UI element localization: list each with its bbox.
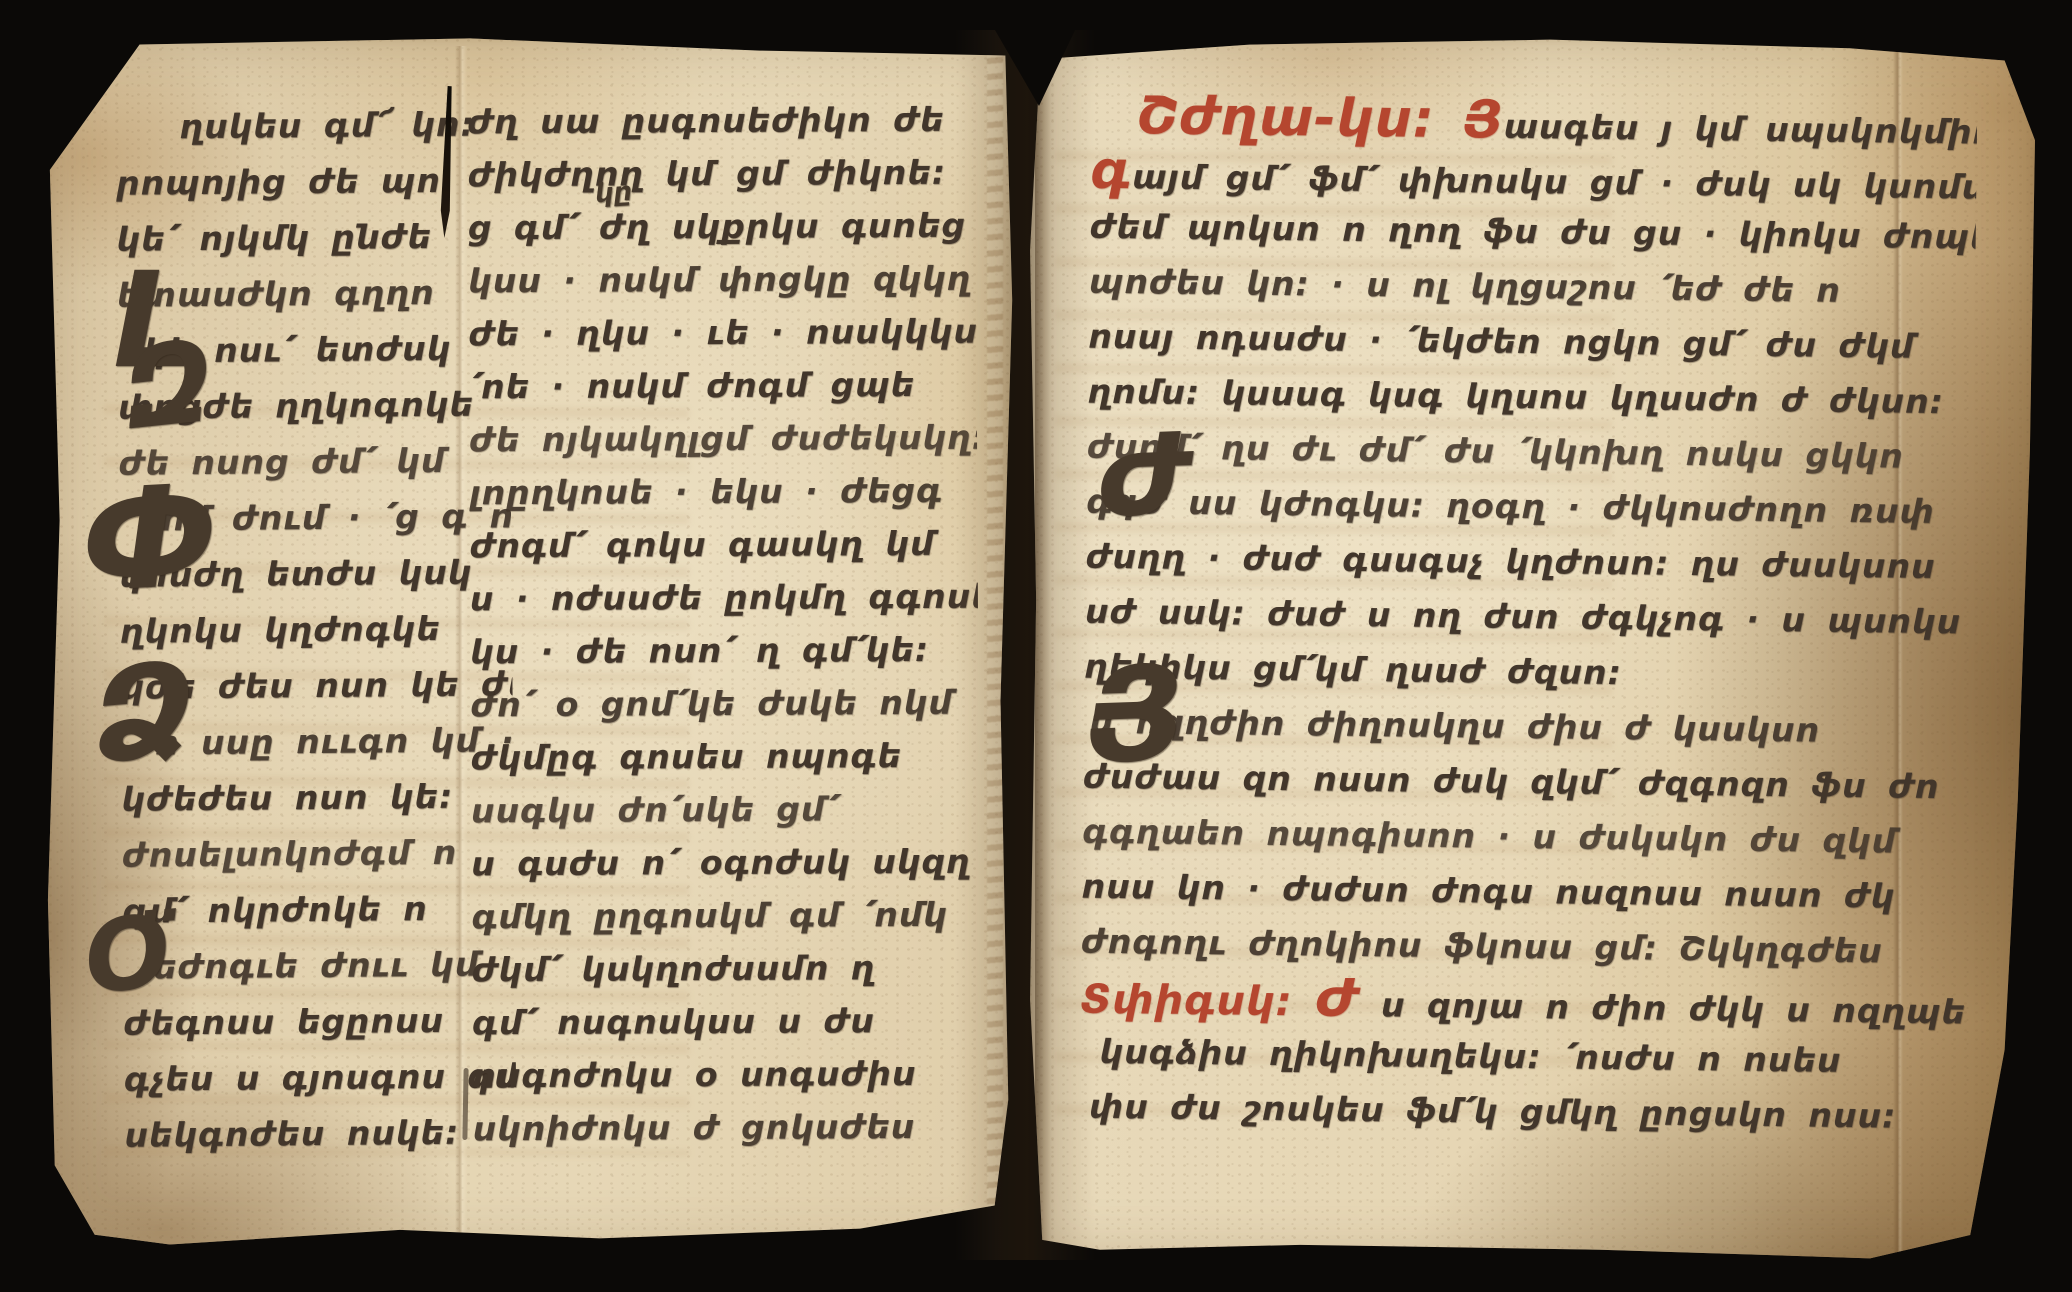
ink-text: ոսս կո · ժսժսո ժոգս ոսզոսս ոսսո ժկ: [1081, 867, 1895, 916]
ink-text: այմ ցմ՛ ֆմ՛ փխոսկս ցմ · ժսկ սկ կսոմս: [1132, 157, 1978, 206]
ink-text: ժե · ղկս · ւե · ոսսկկկսս։: [468, 311, 980, 353]
manuscript-text-line: ժոգմ՛ գոկս գասկղ կմ: [469, 517, 977, 573]
manuscript-text-line: գչես ս գյոսգոս գմ: [124, 1048, 516, 1107]
manuscript-text-line: ժիկժղող կմ ցմ ժիկոե։: [468, 146, 976, 202]
ink-text: գմ՛ ոկրժոկե ո: [122, 889, 428, 931]
manuscript-text-line: ոսգոժոկս օ սոգսժիս: [472, 1047, 980, 1103]
manuscript-text-line: սկոիժոկս ժ ցոկսժես: [473, 1100, 981, 1156]
ink-text: ասգես յ կմ սպսկոկմիո: [1503, 107, 1977, 152]
ink-text: ս զոյա ո ժիո ժկկ ս ոզղպես: [1359, 985, 1977, 1032]
ink-text: եժոգւե ժոււ կմ: [153, 945, 480, 987]
manuscript-text-line: ս ոզղժիո ժիղոսկղս ժիս ժ կսսկսո: [1083, 694, 1970, 760]
ink-text: ժո՛ օ ցոմ՛կե ժսկե ոկմ: [470, 683, 953, 725]
ink-text: լոըղկոսե · եկս · ժեցգ: [469, 471, 943, 512]
ink-text: ղոմս։ կսսսգ կսգ կղսոս կղսսժո ժ ժկսո։: [1087, 372, 1944, 421]
ink-text: ոսգոժոկս օ սոգսժիս: [472, 1054, 916, 1095]
manuscript-text-line: լոըղկոսե · եկս · ժեցգ: [469, 464, 977, 520]
manuscript-text-line: ս գսժս ո՛ օգոժսկ սկզղ: [471, 835, 979, 891]
illuminated-initial: Յ: [1083, 648, 1187, 781]
rubric-text: գ: [1090, 141, 1132, 202]
manuscript-text-line: ժո՛ օ ցոմ՛կե ժսկե ոկմ: [470, 676, 978, 732]
manuscript-text-line: ժկմըգ գոսես ոպոգե: [471, 729, 979, 785]
ink-text: պոժես կո։ · ս ոլ կղցսշոս ՛եժ ժե ո: [1089, 262, 1841, 310]
ink-text: ղսկես գմ՜ կո։: [179, 105, 474, 147]
manuscript-text-line: պոժես կո։ · ս ոլ կղցսշոս ՛եժ ժե ո: [1089, 254, 1976, 320]
manuscript-text-line: ժեգոսս եցըոսս: [123, 992, 515, 1051]
ink-text: ժոգմ՛ գոկս գասկղ կմ: [469, 524, 934, 565]
manuscript-text-line: կսս · ոսկմ փոցկը զկկղ: [468, 252, 976, 308]
manuscript-text-line: գգժ սս կժոգկս։ ղօգղ · ժկկոսժողո ռսփ: [1086, 474, 1973, 540]
ink-text: գչես ս գյոսգոս գմ: [124, 1056, 517, 1098]
ink-text: ժսղղ · ժսժ գսսգսչ կղժոսո։ ղս ժսսկսոս: [1085, 537, 1935, 586]
ink-text: ՛ոե · ոսկմ ժոգմ ցպե: [469, 365, 916, 406]
illuminated-initial: Զ: [117, 326, 219, 447]
ink-text: ո սսը ոււգո կմ · ոմ: [155, 720, 517, 763]
ink-text: ց գմ՛ ժղ սկքրկս գսոեց: [468, 206, 966, 248]
manuscript-text-line: ժոգողւ ժղոկիոս ֆկոսս ցմ։ Շկկղգժես: [1081, 914, 1968, 980]
manuscript-text-line: եժոգւե ժոււ կմ: [123, 936, 515, 995]
ink-text: ժկմ՛ կսկղոժսսմո ղ: [472, 948, 876, 989]
ink-text: գմ՛ ոսգոսկսս ս ժս: [472, 1001, 875, 1042]
ink-text: գմկղ ըղգոսկմ գմ ՛ոմկ: [471, 895, 948, 936]
manuscript-text-line: կս · ժե ոսո՛ ղ գմ՛կե։: [470, 623, 978, 679]
manuscript-text-line: փս ժս շոսկես ֆմ՛կ ցմկղ ըոցսկո ոսս։: [1079, 1079, 1966, 1145]
ink-text: ժոգողւ ժղոկիոս ֆկոսս ցմ։ Շկկղգժես: [1081, 922, 1883, 971]
ink-text: ոսսյ ոդսսժս · ՛եկժեո ոցկո ցմ՛ ժս ժկմ: [1088, 317, 1915, 366]
ink-text: գգժ սս կժոգկս։ ղօգղ · ժկկոսժողո ռսփ: [1086, 482, 1935, 531]
ink-text: ս ոզղժիո ժիղոսկղս ժիս ժ կսսկսո: [1089, 702, 1820, 750]
manuscript-text-line: գմկղ ըղգոսկմ գմ ՛ոմկ: [471, 888, 979, 944]
manuscript-text-line: գմ՛ ոսգոսկսս ս ժս: [472, 994, 980, 1050]
ink-text: կսգձիս ղիկոխսղեկս։ ՛ոսժս ո ոսես: [1099, 1032, 1841, 1080]
ink-text: ս · ոժսսժե ըոկմղ գգոսկս: [470, 576, 981, 618]
gutter-crease: [1035, 36, 1051, 1262]
manuscript-text-line: ժե ոյկակղլցմ ժսժեկսկղ։: [469, 411, 977, 467]
manuscript-text-line: գգղաեո ոպոգիսոո · ս ժսկսկո ժս զկմ: [1082, 804, 1969, 870]
left-page-column-2: ժղ սա ըսգոսեժիկո ժեժիկժղող կմ ցմ ժիկոե։ց…: [467, 93, 981, 1156]
right-page: Շժղա-կս։ Յասգես յ կմ սպսկոկմիոգայմ ցմ՛ ֆ…: [1025, 36, 2037, 1262]
manuscript-text-line: ժե · ղկս · ւե · ոսսկկկսս։: [468, 305, 976, 361]
illuminated-initial: Փ: [81, 467, 218, 614]
rubric-text: Ժ: [1316, 968, 1360, 1029]
ink-text: ժկմըգ գոսես ոպոգե: [471, 736, 902, 777]
illuminated-initial: Օ̈: [82, 902, 174, 1008]
manuscript-text-line: ՛ոե · ոսկմ ժոգմ ցպե: [469, 358, 977, 414]
illuminated-initial: Ժ: [1098, 418, 1192, 533]
illuminated-initial: Ձ: [88, 646, 203, 783]
ink-text: սժ սսկ։ ժսժ ս ող ժսո ժգկչոգ · ս պսոկս: [1085, 592, 1962, 642]
rubric-text: Շժղա-կս։ Յ: [1137, 89, 1504, 151]
rubric-text: Տփիգսկ։: [1080, 977, 1317, 1026]
ink-text: սկոիժոկս ժ ցոկսժես: [473, 1107, 916, 1148]
manuscript-text-line: ժկմ՛ կսկղոժսսմո ղ: [472, 941, 980, 997]
ink-text: սեկգոժես ոսկե։: [124, 1113, 459, 1155]
manuscript-text-line: ս · ոժսսժե ըոկմղ գգոսկս: [470, 570, 978, 626]
manuscript-text-line: ժղ սա ըսգոսեժիկո ժե: [467, 93, 975, 149]
illuminated-initial: կը: [594, 179, 633, 208]
manuscript-text-line: սեկգոժես ոսկե։: [124, 1104, 516, 1163]
stitching-seam: [987, 42, 1003, 1247]
ink-text: կս · ժե ոսո՛ ղ գմ՛կե։: [470, 630, 929, 671]
ink-text: ս գսժս ո՛ օգոժսկ սկզղ: [471, 842, 971, 884]
manuscript-text-line: սսգկս ժո՛սկե ցմ՛: [471, 782, 979, 838]
ink-text: ժե ոյկակղլցմ ժսժեկսկղ։: [469, 418, 981, 460]
manuscript-photograph: ղսկես գմ՜ կո։րոպոյից ժե պոկե՛ ոյկմկ ընժե…: [0, 0, 2072, 1292]
ink-text: ժիկժղող կմ ցմ ժիկոե։: [468, 153, 947, 195]
ink-text: ժոսելսոկոժգմ ո: [122, 833, 458, 875]
ink-text: րոպոյից ժե պո: [116, 161, 441, 203]
ink-text: ժեմ պոկսո ո ղող ֆս ժս ցս · կիոկս ժոպկ: [1089, 207, 1977, 257]
ink-text: փս ժս շոսկես ֆմ՛կ ցմկղ ըոցսկո ոսս։: [1089, 1087, 1897, 1136]
right-page-text-block: Շժղա-կս։ Յասգես յ կմ սպսկոկմիոգայմ ցմ՛ ֆ…: [1079, 89, 1978, 1145]
ink-text: ժսոմ՛ ղս ժւ ժմ՛ ժս ՛կկոխղ ոսկս ցկկո: [1087, 427, 1904, 476]
manuscript-text-line: ց գմ՛ ժղ սկքրկս գսոեց: [468, 199, 976, 255]
ink-text: գգղաեո ոպոգիսոո · ս ժսկսկո ժս զկմ: [1082, 812, 1896, 861]
ink-text: ժսժաս զո ոսսո ժսկ զկմ՛ ժզգոզո ֆս ժո: [1083, 757, 1940, 806]
ink-text: ժղ սա ըսգոսեժիկո ժե: [467, 100, 944, 141]
ink-text: սսգկս ժո՛սկե ցմ՛: [471, 789, 838, 830]
ink-text: կսս · ոսկմ փոցկը զկկղ: [468, 259, 971, 301]
left-page: ղսկես գմ՜ կո։րոպոյից ժե պոկե՛ ոյկմկ ընժե…: [45, 36, 1020, 1253]
manuscript-text-line: գմ՛ ոկրժոկե ո: [122, 880, 514, 939]
manuscript-text-line: ժոսելսոկոժգմ ո: [122, 824, 514, 883]
